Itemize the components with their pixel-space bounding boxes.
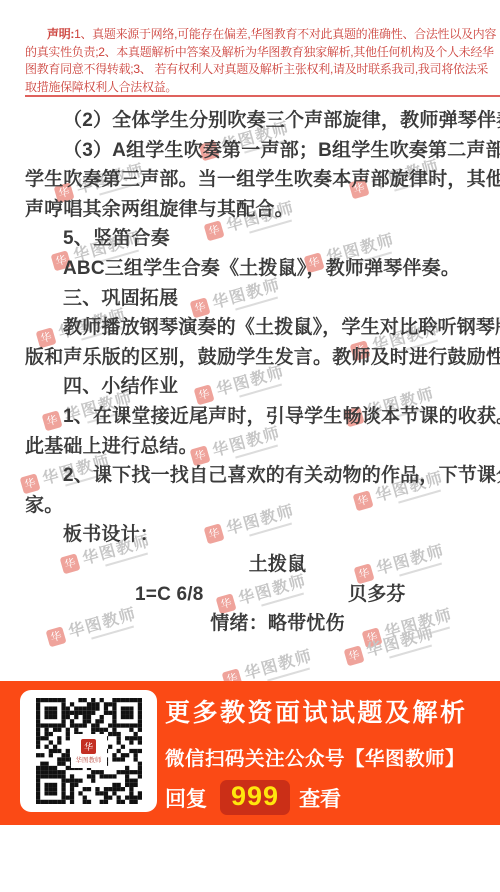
text-line: 家。 — [25, 491, 480, 521]
watermark-subtext-line — [389, 645, 432, 659]
banner-subheading: 微信扫码关注公众号【华图教师】 — [165, 743, 468, 771]
text-line: 三、巩固拓展 — [25, 284, 480, 314]
text-line: 1、在课堂接近尾声时，引导学生畅谈本节课的收获。教师在 — [25, 402, 480, 432]
document-page: 华华图教师华华图教师华华图教师华华图教师华华图教师华华图教师华华图教师华华图教师… — [0, 0, 500, 892]
qr-center-logo: 华 华图教师 — [71, 734, 107, 768]
reply-code-badge: 999 — [220, 780, 290, 815]
banner-text-block: 更多教资面试试题及解析 微信扫码关注公众号【华图教师】 回复 999 查看 — [165, 693, 468, 815]
disclaimer-line: 取措施保障权利人合法权益。 — [25, 79, 495, 97]
watermark-label: 华图教师 — [241, 643, 315, 684]
board-composer: 贝多芬 — [348, 580, 406, 610]
watermark-subtext-line — [267, 668, 310, 682]
disclaimer-line: 声明:1、真题来源于网络,可能存在偏差,华图教育不对此真题的准确性、合法性以及内… — [25, 26, 495, 44]
disclaimer-text: 1、真题来源于网络,可能存在偏差,华图教育不对此真题的准确性、合法性以及内容 — [74, 27, 496, 41]
qr-code: 华 华图教师 — [20, 690, 157, 812]
disclaimer: 声明:1、真题来源于网络,可能存在偏差,华图教育不对此真题的准确性、合法性以及内… — [25, 26, 495, 96]
board-key-signature: 1=C 6/8 — [135, 580, 203, 610]
reply-suffix-label: 查看 — [299, 783, 341, 813]
text-line: ABC三组学生合奏《土拨鼠》，教师弹琴伴奏。 — [25, 254, 480, 284]
huatu-logo-icon: 华 — [81, 739, 96, 754]
text-line: 四、小结作业 — [25, 372, 480, 402]
disclaimer-label: 声明: — [47, 27, 74, 41]
promo-banner: 华 华图教师 更多教资面试试题及解析 微信扫码关注公众号【华图教师】 回复 99… — [0, 681, 500, 825]
text-line: 土拨鼠 — [75, 550, 480, 580]
qr-code-pattern: 华 华图教师 — [36, 698, 142, 804]
disclaimer-line: 图教育同意不得转载;3、 若有权利人对真题及解析主张权利,请及时联系我司,我司将… — [25, 61, 495, 79]
text-line: （3）A组学生吹奏第一声部；B组学生吹奏第二声部；C组 — [25, 136, 480, 166]
disclaimer-line: 的真实性负责;2、本真题解析中答案及解析为华图教育独家解析,其他任何机构及个人未… — [25, 44, 495, 62]
board-design-row: 1=C 6/8贝多芬 — [25, 580, 480, 610]
text-line: 5、竖笛合奏 — [25, 224, 480, 254]
text-line: 板书设计： — [25, 520, 480, 550]
text-line: 情绪：略带忧伤 — [75, 609, 480, 639]
lesson-plan-body: （2）全体学生分别吹奏三个声部旋律，教师弹琴伴奏；（3）A组学生吹奏第一声部；B… — [25, 106, 480, 639]
qr-logo-label: 华图教师 — [76, 755, 102, 764]
text-line: 版和声乐版的区别，鼓励学生发言。教师及时进行鼓励性评价。 — [25, 343, 480, 373]
divider-line — [25, 95, 500, 97]
text-line: 此基础上进行总结。 — [25, 432, 480, 462]
text-line: 声哼唱其余两组旋律与其配合。 — [25, 195, 480, 225]
text-line: 2、课下找一找自己喜欢的有关动物的作品，下节课分享给大 — [25, 461, 480, 491]
text-line: 教师播放钢琴演奏的《土拨鼠》，学生对比聆听钢琴版、竖笛 — [25, 313, 480, 343]
reply-prefix-label: 回复 — [165, 783, 207, 813]
text-line: （2）全体学生分别吹奏三个声部旋律，教师弹琴伴奏； — [25, 106, 480, 136]
banner-reply-row: 回复 999 查看 — [165, 780, 468, 815]
text-line: 学生吹奏第三声部。当一组学生吹奏本声部旋律时，其他两组轻 — [25, 165, 480, 195]
banner-heading: 更多教资面试试题及解析 — [165, 693, 468, 729]
huatu-logo-icon: 华 — [343, 645, 364, 666]
